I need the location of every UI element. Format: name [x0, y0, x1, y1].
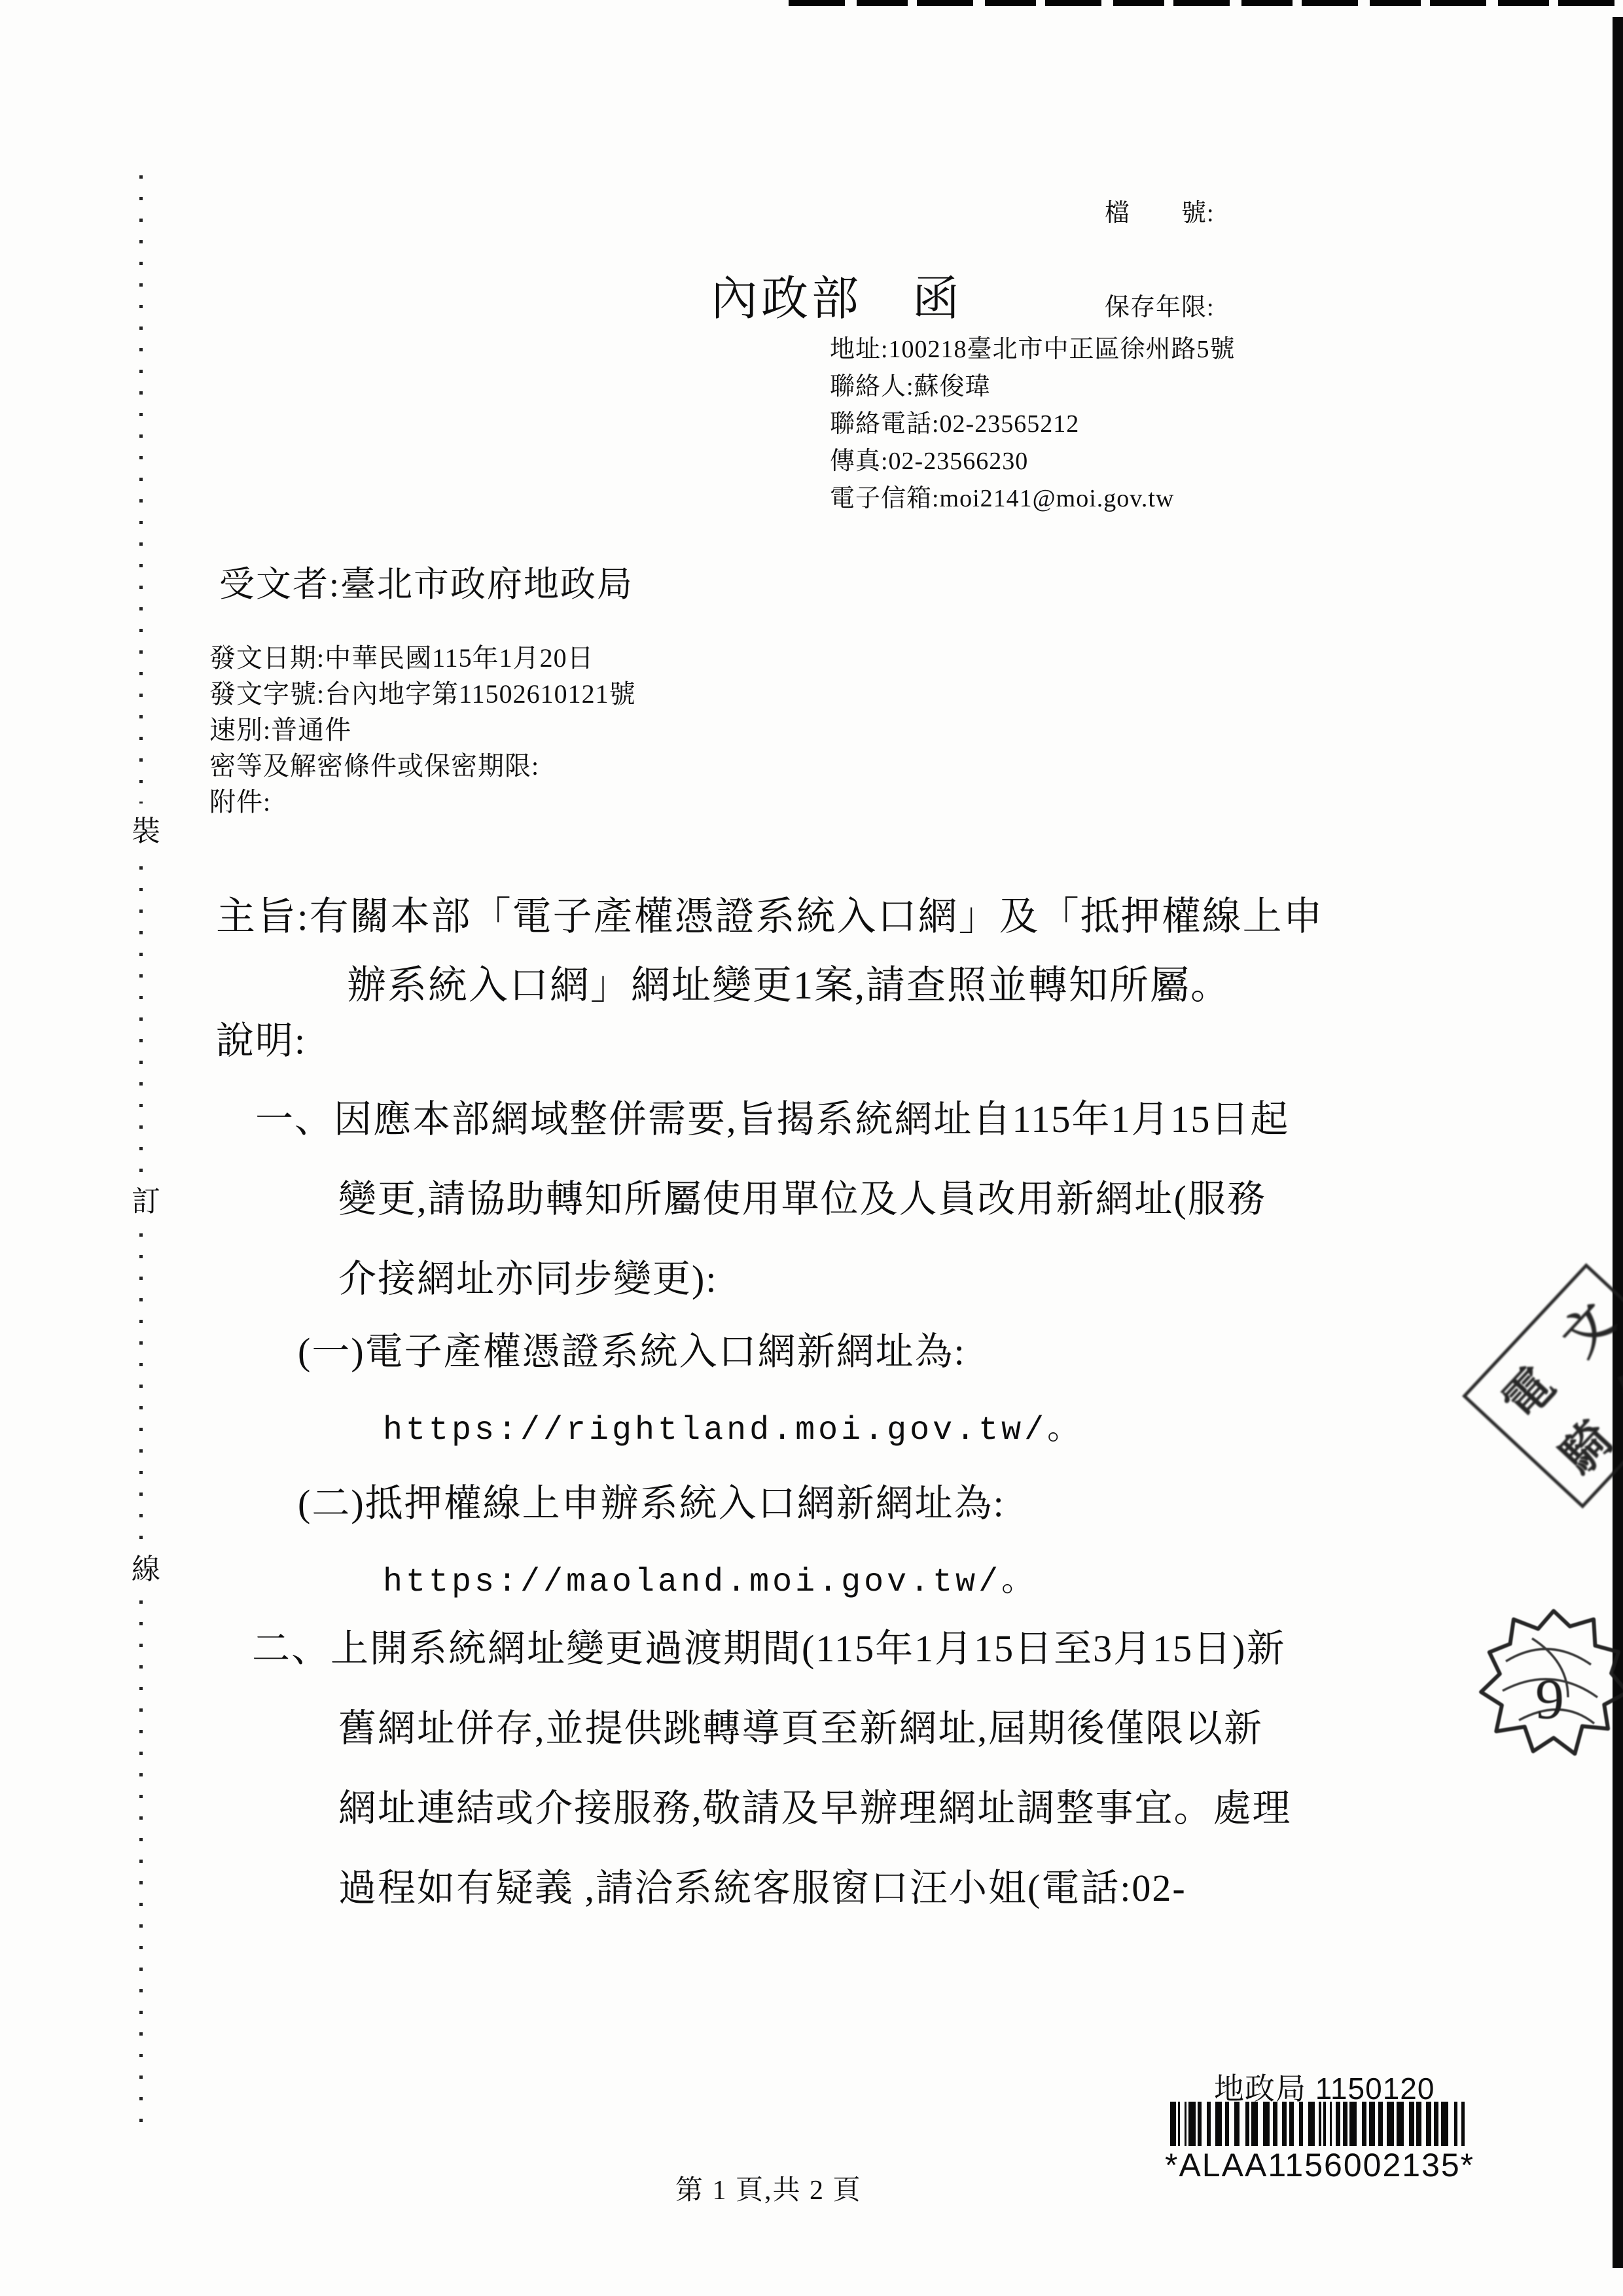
subject-line-2: 辦系統入口網」網址變更1案,請查照並轉知所屬。	[347, 954, 1231, 1010]
meta-line: 速別:普通件	[209, 712, 636, 748]
sender-line: 傳真:02-23566230	[830, 443, 1236, 480]
barcode-bars	[1170, 2102, 1470, 2146]
document-line: 網址連結或介接服務,敬請及早辦理網址調整事宜。處理	[338, 1777, 1292, 1832]
document-title: 內政部 函	[711, 260, 963, 328]
meta-info: 發文日期:中華民國115年1月20日發文字號:台內地字第11502610121號…	[209, 640, 636, 820]
recipient-line: 受文者:臺北市政府地政局	[219, 556, 633, 607]
retention-label: 保存年限:	[1105, 292, 1215, 323]
binding-mark: 訂	[131, 1174, 161, 1224]
page-number: 第 1 頁,共 2 頁	[675, 2168, 862, 2208]
scan-artifact-right-edge	[1613, 17, 1623, 2268]
binding-dotted-line	[139, 175, 143, 2130]
document-line: (一)電子產權憑證系統入口網新網址為:	[298, 1320, 966, 1375]
barcode-text: *ALAA1156002135*	[1165, 2146, 1474, 2184]
subject-line-1: 主旨:有關本部「電子產權憑證系統入口網」及「抵押權線上申	[216, 885, 1324, 942]
document-line: (二)抵押權線上申辦系統入口網新網址為:	[298, 1472, 1005, 1527]
sender-line: 地址:100218臺北市中正區徐州路5號	[830, 331, 1236, 368]
document-line: https://maoland.moi.gov.tw/。	[383, 1553, 1037, 1601]
barcode	[1170, 2102, 1470, 2149]
file-no-label: 檔 號:	[1105, 198, 1215, 229]
document-line: https://rightland.moi.gov.tw/。	[383, 1402, 1083, 1449]
sender-info: 地址:100218臺北市中正區徐州路5號聯絡人:蘇俊瑋聯絡電話:02-23565…	[830, 331, 1236, 518]
seam-stamp-char: 騎	[1542, 1404, 1623, 1486]
star-stamp: 9	[1470, 1599, 1623, 1766]
document-line: 過程如有疑義 ,請洽系統客服窗口汪小姐(電話:02-	[338, 1857, 1186, 1912]
seam-stamp-char: 文	[1543, 1286, 1623, 1368]
seam-stamp-char: 電	[1484, 1350, 1567, 1432]
meta-line: 發文字號:台內地字第11502610121號	[209, 676, 636, 712]
sender-line: 聯絡人:蘇俊瑋	[830, 368, 1236, 406]
document-line: 二、上開系統網址變更過渡期間(115年1月15日至3月15日)新	[252, 1617, 1285, 1672]
meta-line: 發文日期:中華民國115年1月20日	[209, 640, 636, 676]
meta-line: 密等及解密條件或保密期限:	[209, 748, 636, 784]
stamp-number: 9	[1535, 1668, 1564, 1731]
binding-mark: 裝	[131, 804, 161, 853]
meta-line: 附件:	[209, 784, 636, 820]
star-stamp-outline: 9	[1470, 1599, 1623, 1763]
scan-artifact-top-edge	[789, 0, 1623, 6]
document-line: 舊網址併存,並提供跳轉導頁至新網址,屆期後僅限以新	[338, 1697, 1263, 1752]
document-line: 說明:	[216, 1010, 306, 1065]
document-line: 一、因應本部網域整併需要,旨揭系統網址自115年1月15日起	[255, 1088, 1289, 1143]
binding-mark: 線	[131, 1542, 161, 1591]
document-line: 介接網址亦同步變更):	[338, 1248, 717, 1303]
document-line: 變更,請協助轉知所屬使用單位及人員改用新網址(服務	[338, 1168, 1266, 1223]
scanned-document-page: 檔 號: 保存年限: 內政部 函 地址:100218臺北市中正區徐州路5號聯絡人…	[0, 0, 1623, 2296]
sender-line: 聯絡電話:02-23565212	[830, 406, 1236, 443]
sender-line: 電子信箱:moi2141@moi.gov.tw	[830, 480, 1236, 518]
seam-stamp: 電文騎縫	[1462, 1263, 1623, 1508]
